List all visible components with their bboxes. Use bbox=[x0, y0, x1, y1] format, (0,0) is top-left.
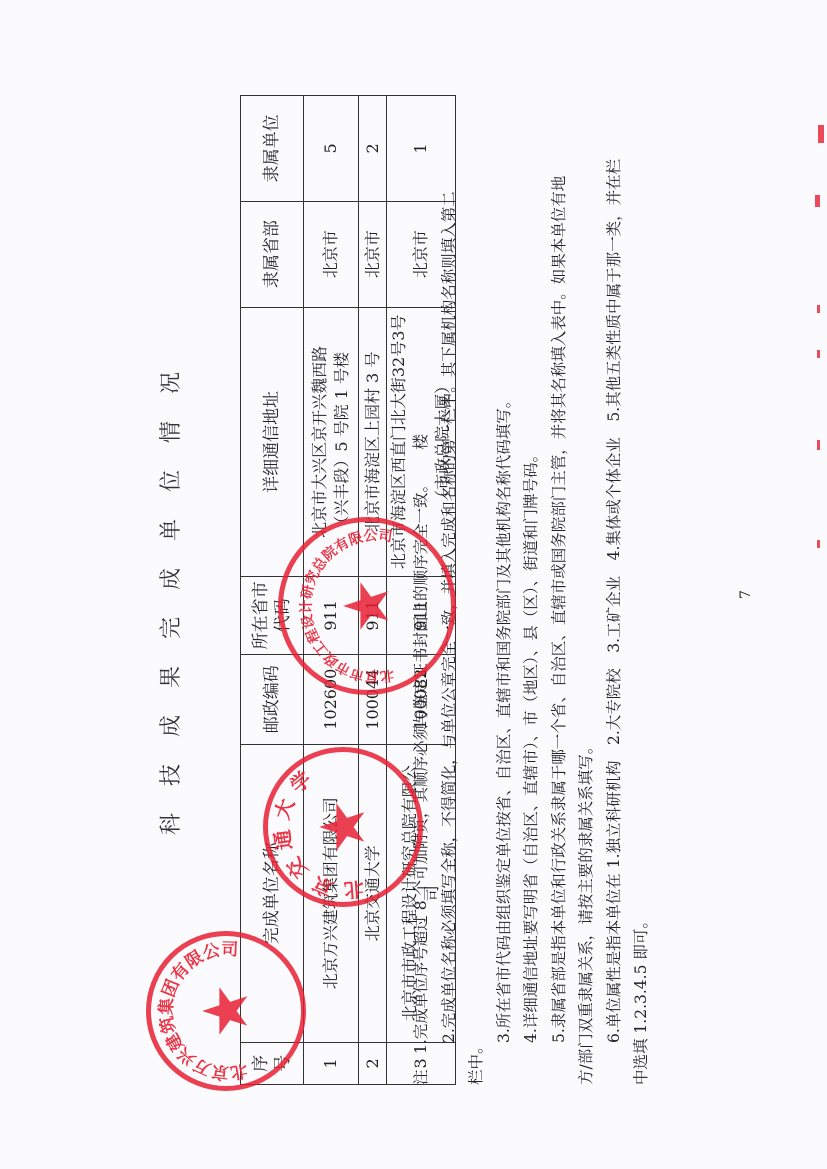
scan-artifact bbox=[818, 125, 824, 143]
table-row: 2 北京交通大学 100044 911 北京市海淀区上园村 3 号 北京市 2 bbox=[359, 96, 387, 1085]
notes-section: 注：1.完成单位序号超过 8 个可加附页，其顺序必须与鉴定证书封面上的顺序完全一… bbox=[408, 95, 656, 1085]
cell-no: 1 bbox=[304, 1042, 359, 1084]
header-unit: 隶属单位 bbox=[241, 96, 304, 202]
cell-province: 北京市 bbox=[304, 201, 359, 307]
header-no: 序号 bbox=[241, 1042, 304, 1084]
cell-address: 北京市大兴区京开兴魏西路 （兴丰段）5 号院 1 号楼 bbox=[304, 307, 359, 577]
cell-unit: 5 bbox=[304, 96, 359, 202]
document-page: 科技成果完成单位情况 序号 完成单位名称 邮政编码 所在省市代码 详细通信地址 … bbox=[150, 95, 770, 1085]
cell-zip: 100044 bbox=[359, 654, 387, 744]
page-title: 科技成果完成单位情况 bbox=[154, 95, 185, 1085]
note-5-continued: 方/部门双重隶属关系，请按主要的隶属关系填写。 bbox=[573, 95, 601, 1085]
note-6: 6.单位属性是指本单位在 1.独立科研机构 2.大专院校 3.工矿企业 4.集体… bbox=[601, 95, 629, 1085]
scan-artifact bbox=[817, 440, 820, 450]
scan-artifact bbox=[817, 305, 820, 313]
cell-name: 北京交通大学 bbox=[359, 744, 387, 1042]
cell-unit: 2 bbox=[359, 96, 387, 202]
note-4: 4.详细通信地址要写明省（自治区、直辖市）、市（地区）、县（区）、街道和门牌号码… bbox=[518, 95, 546, 1085]
cell-code: 911 bbox=[359, 577, 387, 654]
page-number: 7 bbox=[738, 590, 754, 599]
cell-zip: 102600 bbox=[304, 654, 359, 744]
note-5: 5.隶属省部是指本单位和行政关系隶属于哪一个省、自治区、直辖市或国务院部门主管，… bbox=[546, 95, 574, 1085]
table-header-row: 序号 完成单位名称 邮政编码 所在省市代码 详细通信地址 隶属省部 隶属单位 bbox=[241, 96, 304, 1085]
note-6-continued: 中选填 1.2.3.4.5 即可。 bbox=[628, 95, 656, 1085]
header-zip: 邮政编码 bbox=[241, 654, 304, 744]
cell-address: 北京市海淀区上园村 3 号 bbox=[359, 307, 387, 577]
address-line: （兴丰段）5 号院 1 号楼 bbox=[331, 312, 353, 573]
header-code: 所在省市代码 bbox=[241, 577, 304, 654]
header-address: 详细通信地址 bbox=[241, 307, 304, 577]
scan-artifact bbox=[817, 540, 820, 548]
note-2: 2.完成单位名称必须填写全称，不得简化，与单位公章完全一致，并填入完成和名称的第… bbox=[436, 95, 464, 1085]
header-name: 完成单位名称 bbox=[241, 744, 304, 1042]
scan-artifact bbox=[815, 195, 820, 207]
note-3: 3.所在省市代码由组织鉴定单位按省、自治区、直辖市和国务院部门及其他机构名称代码… bbox=[491, 95, 519, 1085]
header-province: 隶属省部 bbox=[241, 201, 304, 307]
scan-artifact bbox=[817, 350, 820, 358]
cell-name: 北京万兴建筑集团有限公司 bbox=[304, 744, 359, 1042]
cell-code: 911 bbox=[304, 577, 359, 654]
note-1: 注：1.完成单位序号超过 8 个可加附页，其顺序必须与鉴定证书封面上的顺序完全一… bbox=[408, 95, 436, 1085]
cell-no: 2 bbox=[359, 1042, 387, 1084]
table-row: 1 北京万兴建筑集团有限公司 102600 911 北京市大兴区京开兴魏西路 （… bbox=[304, 96, 359, 1085]
note-2-continued: 栏中。 bbox=[463, 95, 491, 1085]
address-line: 北京市大兴区京开兴魏西路 bbox=[309, 312, 331, 573]
cell-province: 北京市 bbox=[359, 201, 387, 307]
